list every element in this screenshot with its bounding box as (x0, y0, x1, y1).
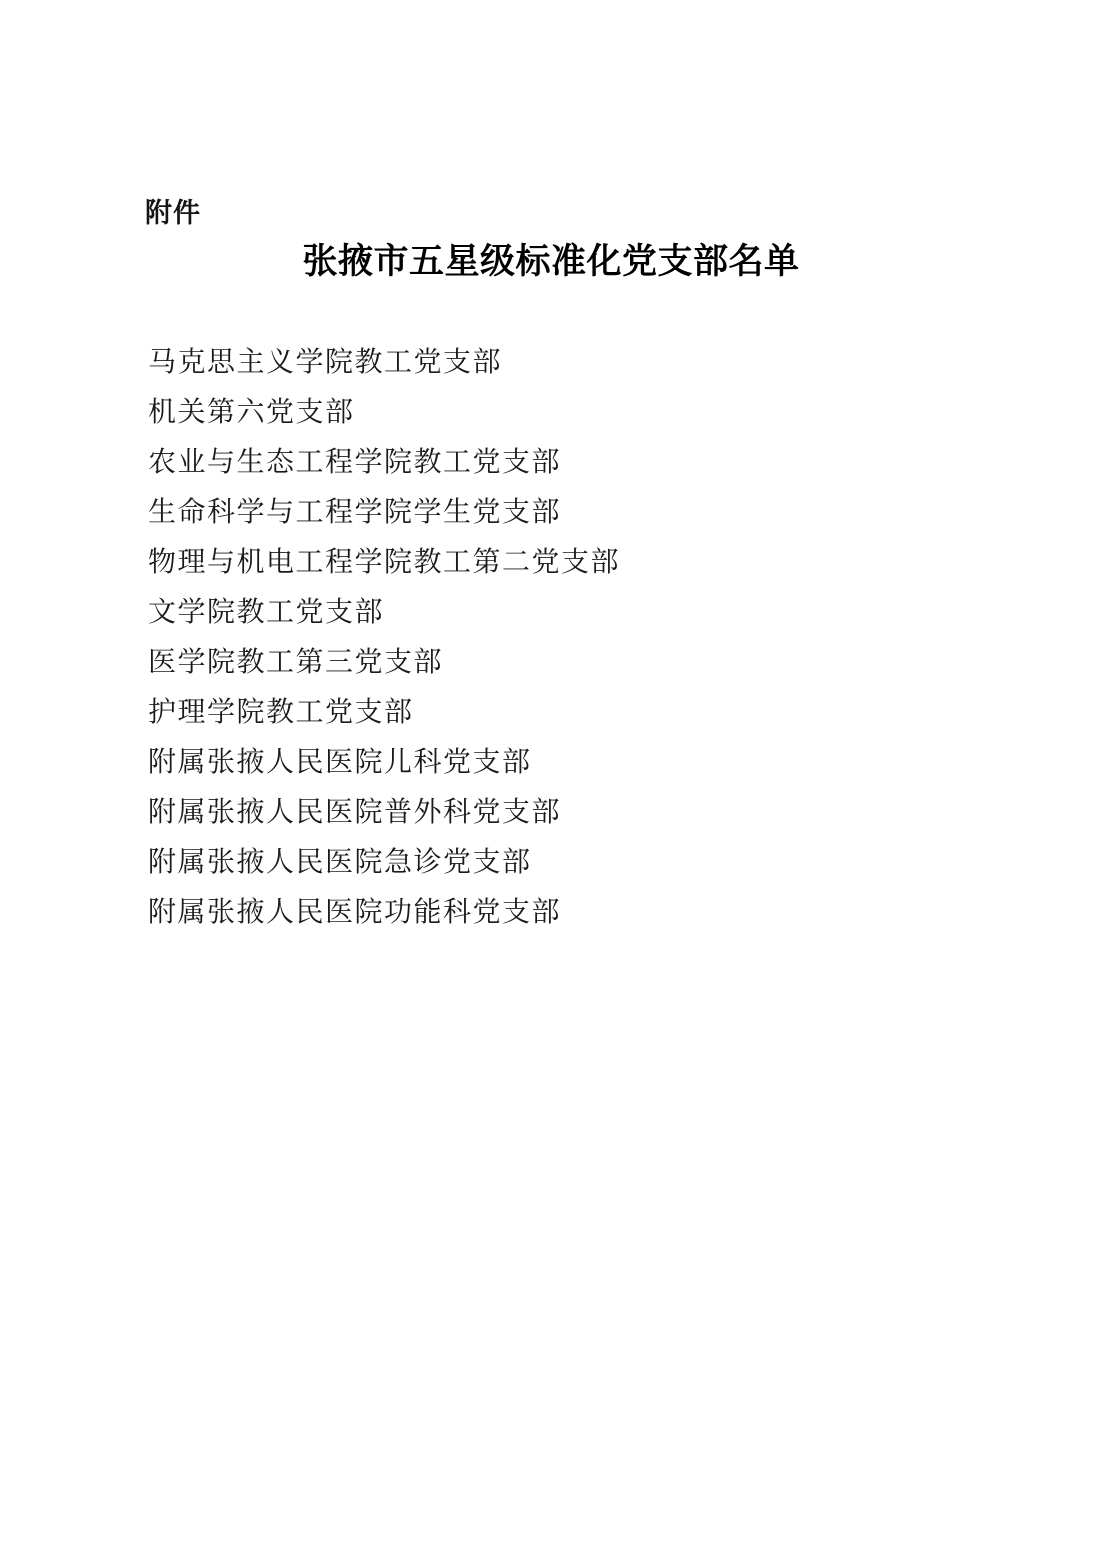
list-item: 物理与机电工程学院教工第二党支部 (148, 538, 1028, 588)
list-item: 农业与生态工程学院教工党支部 (148, 438, 1028, 488)
list-item: 医学院教工第三党支部 (148, 638, 1028, 688)
list-item: 文学院教工党支部 (148, 588, 1028, 638)
attachment-label: 附件 (145, 196, 201, 230)
page-title: 张掖市五星级标准化党支部名单 (0, 240, 1102, 284)
document-page: 附件 张掖市五星级标准化党支部名单 马克思主义学院教工党支部 机关第六党支部 农… (0, 0, 1102, 1559)
branch-list: 马克思主义学院教工党支部 机关第六党支部 农业与生态工程学院教工党支部 生命科学… (148, 338, 1028, 938)
list-item: 机关第六党支部 (148, 388, 1028, 438)
list-item: 护理学院教工党支部 (148, 688, 1028, 738)
list-item: 附属张掖人民医院功能科党支部 (148, 888, 1028, 938)
list-item: 附属张掖人民医院急诊党支部 (148, 838, 1028, 888)
list-item: 附属张掖人民医院普外科党支部 (148, 788, 1028, 838)
list-item: 马克思主义学院教工党支部 (148, 338, 1028, 388)
list-item: 生命科学与工程学院学生党支部 (148, 488, 1028, 538)
list-item: 附属张掖人民医院儿科党支部 (148, 738, 1028, 788)
